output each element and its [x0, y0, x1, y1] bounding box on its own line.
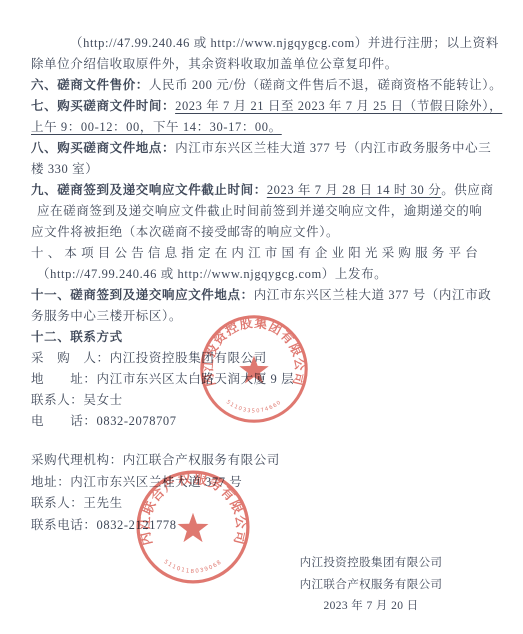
item-11-text-2: 务服务中心三楼开标区）。 [31, 309, 182, 323]
purchaser-name-line: 采 购 人：内江投资控股集团有限公司 [31, 348, 499, 369]
item-9-deadline: 2023 年 7 月 28 日 14 时 30 分 [267, 183, 441, 197]
purchaser-name: 采 购 人：内江投资控股集团有限公司 [31, 351, 267, 365]
intro-text-2: 除单位介绍信收取原件外，其余资料收取加盖单位公章复印件。 [31, 57, 398, 71]
item-7-cont: 上午 9：00-12：00，下午 14：30-17：00。 [31, 117, 499, 138]
item-9-label: 九、磋商签到及递交响应文件截止时间： [31, 183, 267, 197]
intro-line-1: （http://47.99.240.46 或 http://www.njgqyg… [31, 33, 499, 54]
document-page: （http://47.99.240.46 或 http://www.njgqyg… [0, 0, 523, 634]
item-8-label: 八、购买磋商文件地点： [31, 141, 175, 155]
item-10-text-1: 十、本项目公告信息指定在内江市国有企业阳光采购服务平台 [31, 246, 482, 260]
svg-text:5110118039068: 5110118039068 [162, 559, 223, 575]
item-9-cont-1: 应在磋商签到及递交响应文件截止时间前签到并递交响应文件，逾期递交的响 [31, 201, 499, 222]
item-8-cont: 楼 330 室） [31, 159, 499, 180]
purchaser-phone-line: 电 话：0832-2078707 [31, 411, 499, 432]
item-10-text-2: （http://47.99.240.46 或 http://www.njgqyg… [37, 267, 387, 281]
item-8: 八、购买磋商文件地点：内江市东兴区兰桂大道 377 号（内江市政务服务中心三 [31, 138, 499, 159]
purchaser-address-line: 地 址：内江市东兴区太白路天润大厦 9 层 [31, 369, 499, 390]
item-6-text: 人民币 200 元/份（磋商文件售后不退，磋商资格不能转让）。 [149, 78, 502, 92]
item-12-label: 十二、联系方式 [31, 330, 123, 344]
intro-line-2: 除单位介绍信收取原件外，其余资料收取加盖单位公章复印件。 [31, 54, 499, 75]
item-9-text-1: 应在磋商签到及递交响应文件截止时间前签到并递交响应文件，逾期递交的响 [37, 204, 482, 218]
item-8-text-2: 楼 330 室） [31, 162, 98, 176]
agency-name-line: 采购代理机构：内江联合产权服务有限公司 [31, 450, 280, 472]
agency-address: 地址：内江市东兴区兰桂大道 377 号 [31, 475, 242, 489]
signature-date: 2023 年 7 月 20 日 [297, 596, 445, 618]
agency-block: 采购代理机构：内江联合产权服务有限公司 地址：内江市东兴区兰桂大道 377 号 … [31, 450, 280, 537]
purchaser-contact-line: 联系人：吴女士 [31, 390, 499, 411]
agency-name: 采购代理机构：内江联合产权服务有限公司 [31, 453, 280, 467]
item-12: 十二、联系方式 [31, 327, 499, 348]
agency-address-line: 地址：内江市东兴区兰桂大道 377 号 [31, 472, 280, 494]
seal-registration-number: 5110118039068 [162, 559, 223, 575]
document-body: （http://47.99.240.46 或 http://www.njgqyg… [31, 33, 499, 432]
item-7-time-1: 2023 年 7 月 21 日至 2023 年 7 月 25 日（节假日除外）， [175, 99, 502, 113]
item-9: 九、磋商签到及递交响应文件截止时间：2023 年 7 月 28 日 14 时 3… [31, 180, 499, 201]
item-9-cont-2: 应文件将被拒绝（本次磋商不接受邮寄的响应文件）。 [31, 222, 499, 243]
item-11-label: 十一、磋商签到及递交响应文件地点： [31, 288, 254, 302]
item-11-cont: 务服务中心三楼开标区）。 [31, 306, 499, 327]
signature-company-2: 内江联合产权服务有限公司 [297, 575, 445, 597]
item-10: 十、本项目公告信息指定在内江市国有企业阳光采购服务平台 [31, 243, 499, 264]
item-6: 六、磋商文件售价：人民币 200 元/份（磋商文件售后不退，磋商资格不能转让）。 [31, 75, 499, 96]
agency-contact-line: 联系人：王先生 [31, 493, 280, 515]
item-11: 十一、磋商签到及递交响应文件地点：内江市东兴区兰桂大道 377 号（内江市政 [31, 285, 499, 306]
purchaser-phone: 电 话：0832-2078707 [31, 414, 177, 428]
item-9-after: 。供应商 [441, 183, 493, 197]
item-9-text-2: 应文件将被拒绝（本次磋商不接受邮寄的响应文件）。 [31, 225, 339, 239]
item-11-text-1: 内江市东兴区兰桂大道 377 号（内江市政 [254, 288, 492, 302]
signature-company-1: 内江投资控股集团有限公司 [297, 553, 445, 575]
intro-text-1: （http://47.99.240.46 或 http://www.njgqyg… [70, 36, 499, 50]
item-7-time-2: 上午 9：00-12：00，下午 14：30-17：00。 [31, 120, 282, 134]
agency-phone: 联系电话：0832-2121778 [31, 518, 177, 532]
agency-phone-line: 联系电话：0832-2121778 [31, 515, 280, 537]
item-7: 七、购买磋商文件时间：2023 年 7 月 21 日至 2023 年 7 月 2… [31, 96, 499, 117]
item-8-text-1: 内江市东兴区兰桂大道 377 号（内江市政务服务中心三 [175, 141, 491, 155]
agency-contact: 联系人：王先生 [31, 496, 123, 510]
purchaser-contact: 联系人：吴女士 [31, 393, 123, 407]
item-7-label: 七、购买磋商文件时间： [31, 99, 175, 113]
item-10-cont: （http://47.99.240.46 或 http://www.njgqyg… [31, 264, 499, 285]
item-6-label: 六、磋商文件售价： [31, 78, 149, 92]
signature-block: 内江投资控股集团有限公司 内江联合产权服务有限公司 2023 年 7 月 20 … [297, 553, 445, 618]
purchaser-address: 地 址：内江市东兴区太白路天润大厦 9 层 [31, 372, 294, 386]
